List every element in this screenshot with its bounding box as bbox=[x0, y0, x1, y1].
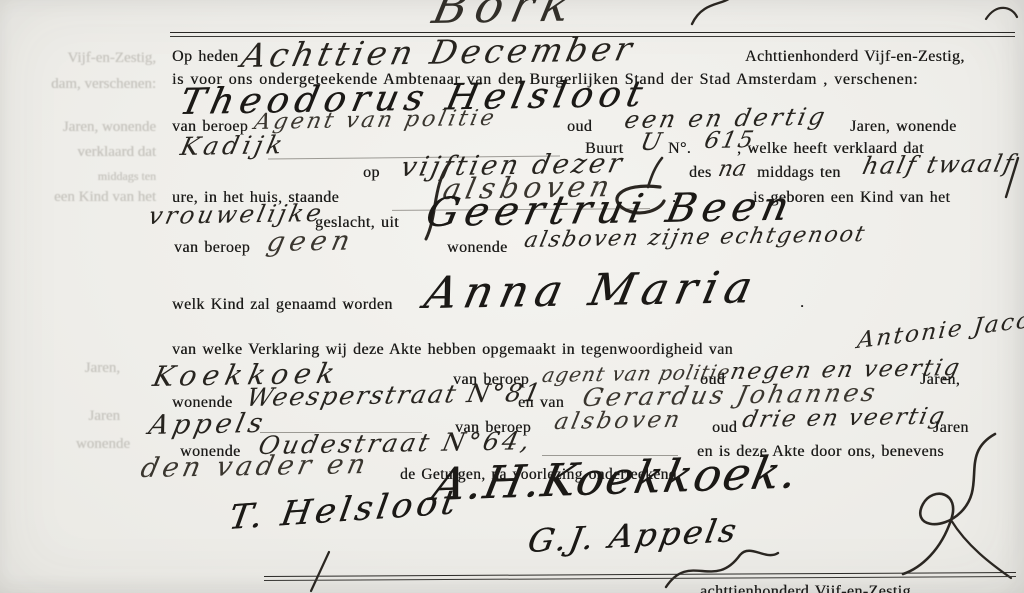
bleedthrough-fragment: wonende bbox=[0, 436, 130, 453]
year-printed: Achttienhonderd Vijf-en-Zestig, bbox=[745, 48, 965, 66]
mother-residence-handwritten: alsboven zijne echtgenoot bbox=[522, 222, 869, 253]
child-name-handwritten: Anna Maria bbox=[420, 262, 763, 319]
mother-occupation-handwritten: geen bbox=[264, 225, 358, 258]
previous-record-signature-fragment: Bork bbox=[428, 0, 583, 34]
buurt-code-handwritten: U bbox=[638, 128, 664, 156]
birth-time-handwritten: half twaalf bbox=[860, 149, 1018, 180]
verklaring-intro-label: van welke Verklaring wij deze Akte hebbe… bbox=[172, 341, 733, 359]
registrar-paraph-flourish-icon bbox=[835, 428, 1021, 588]
middags-ten-label: middags ten bbox=[757, 164, 841, 182]
jaren-comma-label: Jaren, bbox=[920, 371, 960, 389]
van-beroep-label: van beroep bbox=[174, 239, 250, 257]
declarant-address-handwritten: Kadijk bbox=[178, 130, 289, 161]
jaren-wonende-label: Jaren, wonende bbox=[850, 118, 957, 136]
witness1-firstnames-handwritten: Antonie Jacob bbox=[856, 305, 1024, 354]
witness2-occupation-handwritten: alsboven bbox=[552, 407, 685, 435]
period-mark: . bbox=[800, 294, 804, 312]
bleedthrough-fragment: dam, verschenen: bbox=[0, 76, 156, 93]
signature-declarant: T. Helsloot bbox=[226, 482, 462, 538]
bleedthrough-fragment: een Kind van het bbox=[0, 189, 156, 206]
bleedthrough-fragment: Jaren, wonende bbox=[0, 119, 156, 136]
op-heden-label: Op heden bbox=[172, 48, 238, 66]
genaamd-label: welk Kind zal genaamd worden bbox=[172, 296, 393, 314]
ink-slash-stroke-icon bbox=[1003, 156, 1021, 200]
des-label: des bbox=[689, 164, 712, 182]
daypart-handwritten: na bbox=[716, 157, 749, 182]
wonende-label: wonende bbox=[447, 239, 508, 257]
op-label: op bbox=[363, 164, 380, 182]
witness1-residence-handwritten: Weesperstraat N°81 bbox=[244, 378, 545, 412]
next-record-fragment: achttienhonderd Vijf-en-Zestig bbox=[700, 583, 911, 593]
huisnummer-label: N°. bbox=[668, 140, 691, 158]
witness2-lastname-handwritten: Appels bbox=[146, 408, 270, 441]
ink-flourish-icon bbox=[688, 0, 734, 26]
bleedthrough-fragment: Vijf-en-Zestig, bbox=[0, 50, 156, 67]
birth-certificate-scan: Vijf-en-Zestig, dam, verschenen: Jaren, … bbox=[0, 0, 1024, 593]
ink-slash-stroke-icon bbox=[308, 550, 332, 593]
ink-flourish-icon bbox=[984, 0, 1020, 22]
oud-label: oud bbox=[712, 419, 737, 437]
oud-label: oud bbox=[567, 118, 592, 136]
bleedthrough-fragment: Jaren, bbox=[0, 360, 120, 377]
bleedthrough-fragment: middags ten bbox=[0, 169, 156, 184]
child-gender-handwritten: vrouwelijke bbox=[146, 199, 327, 230]
declarant-occupation-handwritten: Agent van politie bbox=[252, 106, 499, 135]
bleedthrough-fragment: Jaren bbox=[0, 408, 120, 425]
bleedthrough-fragment: verklaard dat bbox=[0, 144, 156, 161]
co-signers-handwritten: den vader en bbox=[138, 449, 372, 484]
record-date-handwritten: Achttien December bbox=[238, 29, 639, 75]
